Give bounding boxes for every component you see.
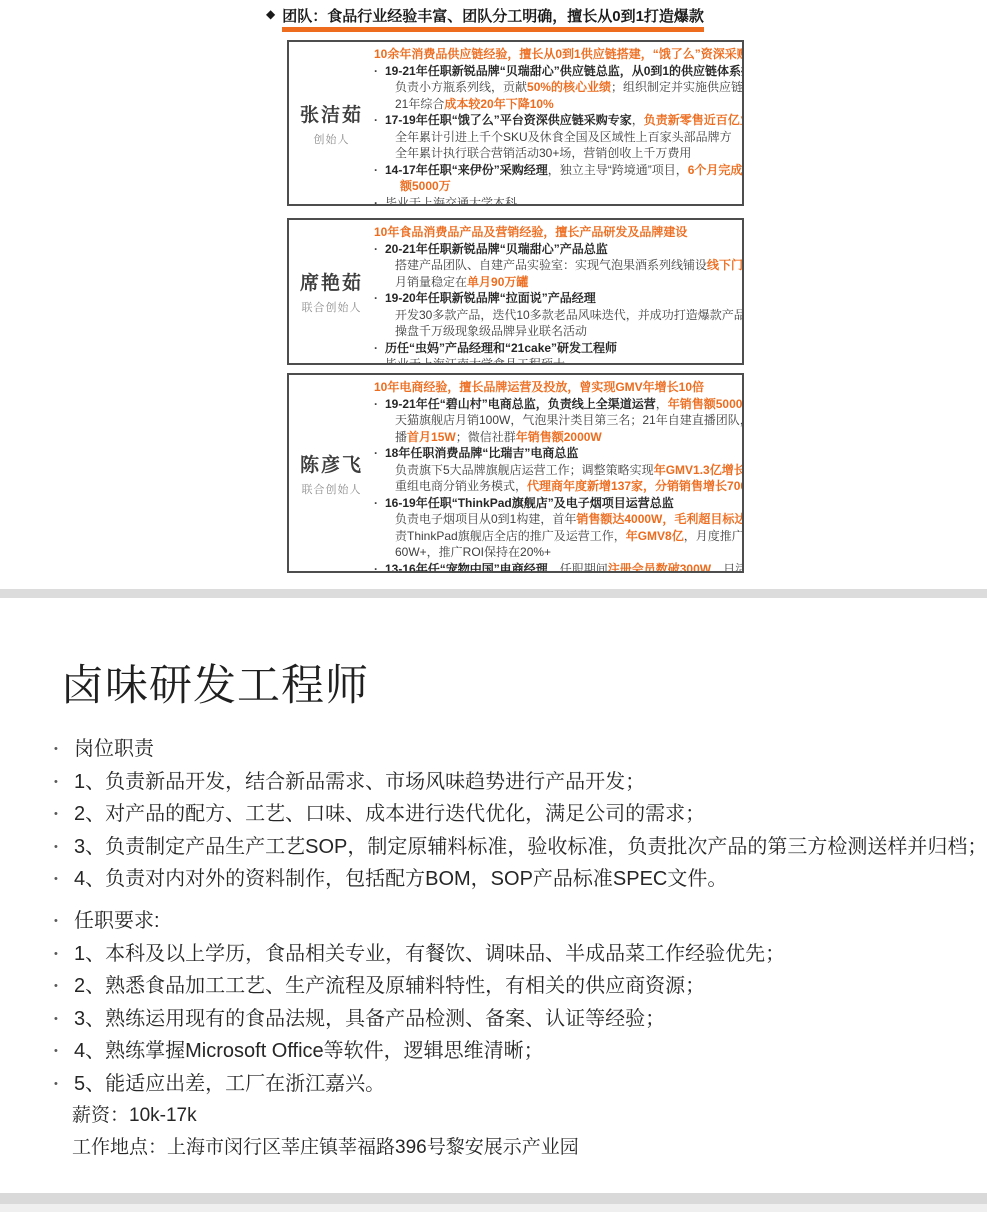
experience-line: ·17-19年任职“饿了么”平台资深供应链采购专家，负责新零售近百亿业务 [374, 112, 744, 129]
experience-text: 19-21年任“碧山村”电商总监，负责线上全渠道运营 [385, 396, 656, 413]
experience-line: ·19-20年任职新锐品牌“拉面说”产品经理 [374, 290, 744, 307]
job-requirements: •任职要求:•1、本科及以上学历，食品相关专业，有餐饮、调味品、半成品菜工作经验… [54, 905, 785, 1100]
experience-text: 天猫旗舰店月销100W，气泡果汁类目第三名；21年自建直播团队，抖音自 [395, 412, 744, 429]
bullet-icon: • [54, 733, 74, 766]
experience-line: 重组电商分销业务模式，代理商年度新增137家，分销销售增长7000W [374, 478, 744, 495]
experience-text: 毕业于上海江南大学食品工程硕士 [385, 356, 565, 365]
bullet-icon: · [374, 356, 385, 365]
experience-text: ；微信社群 [456, 429, 516, 446]
experience-text: ， [632, 112, 644, 129]
experience-text: 单月90万罐 [467, 274, 528, 291]
job-list-item: •4、熟练掌握Microsoft Office等软件，逻辑思维清晰； [54, 1035, 785, 1068]
team-card: 张洁茹 创始人 10余年消费品供应链经验，擅长从0到1供应链搭建，“饿了么”资深… [287, 40, 744, 206]
job-list-item: •3、负责制定产品生产工艺SOP，制定原辅料标准，验收标准，负责批次产品的第三方… [54, 831, 987, 864]
job-list-text: 3、熟练运用现有的食品法规，具备产品检测、备案、认证等经验； [74, 1003, 665, 1036]
job-list-text: 岗位职责 [74, 733, 154, 766]
job-list-item: •4、负责对内对外的资料制作，包括配方BOM，SOP产品标准SPEC文件。 [54, 863, 987, 896]
experience-line: 全年累计执行联合营销活动30+场，营销创收上千万费用 [374, 145, 744, 162]
experience-line: ·16-19年任职“ThinkPad旗舰店”及电子烟项目运营总监 [374, 495, 744, 512]
experience-line: 全年累计引进上千个SKU及休食全国及区域性上百家头部品牌方 [374, 129, 744, 146]
job-list-item: •1、负责新品开发，结合新品需求、市场风味趋势进行产品开发； [54, 766, 987, 799]
experience-line: 责ThinkPad旗舰店全店的推广及运营工作，年GMV8亿，月度推广费用 [374, 528, 744, 545]
experience-line: ·19-21年任职新锐品牌“贝瑞甜心”供应链总监，从0到1的供应链体系搭建 [374, 63, 744, 80]
member-experience: 10年电商经验，擅长品牌运营及投放，曾实现GMV年增长10倍 ·19-21年任“… [374, 375, 744, 571]
job-list-item: •2、熟悉食品加工工艺、生产流程及原辅料特性，有相关的供应商资源； [54, 970, 785, 1003]
bullet-icon: · [374, 63, 385, 80]
team-card: 席艳茹 联合创始人 10年食品消费品产品及营销经验，擅长产品研发及品牌建设 ·2… [287, 218, 744, 365]
experience-line: ·20-21年任职新锐品牌“贝瑞甜心”产品总监 [374, 241, 744, 258]
bullet-icon: · [374, 195, 385, 207]
experience-line: 负责电子烟项目从0到1构建，首年销售额达4000W，毛利超目标达40%；负 [374, 511, 744, 528]
experience-line: 操盘千万级现象级品牌异业联名活动 [374, 323, 744, 340]
job-list-text: 3、负责制定产品生产工艺SOP，制定原辅料标准，验收标准，负责批次产品的第三方检… [74, 831, 987, 864]
member-name: 席艳茹 [300, 268, 363, 295]
location-line: 工作地点：上海市闵行区莘庄镇莘福路396号黎安展示产业园 [72, 1132, 579, 1159]
job-list-text: 1、负责新品开发，结合新品需求、市场风味趋势进行产品开发； [74, 766, 645, 799]
member-role: 创始人 [314, 131, 350, 147]
experience-text: 负责电子烟项目从0到1构建，首年 [395, 511, 576, 528]
experience-text: 开发30多款产品，迭代10多款老品风味迭代，并成功打造爆款产品 [395, 307, 744, 324]
job-list-text: 5、能适应出差，工厂在浙江嘉兴。 [74, 1068, 385, 1101]
team-section-title: ◆ 团队：食品行业经验丰富、团队分工明确，擅长从0到1打造爆款 [266, 5, 704, 32]
experience-line: ·毕业于上海交通大学本科 [374, 195, 744, 207]
bullet-icon: · [374, 162, 385, 179]
experience-line: 60W+，推广ROI保持在20%+ [374, 544, 744, 561]
job-responsibilities: •岗位职责•1、负责新品开发，结合新品需求、市场风味趋势进行产品开发；•2、对产… [54, 733, 987, 896]
experience-text: 20-21年任职新锐品牌“贝瑞甜心”产品总监 [385, 241, 608, 258]
experience-line: 21年综合成本较20年下降10% [374, 96, 744, 113]
experience-text: ，日活10W+ [711, 561, 744, 574]
experience-line: 开发30多款产品，迭代10多款老品风味迭代，并成功打造爆款产品 [374, 307, 744, 324]
experience-text: ，独立主导“跨境通”项目， [548, 162, 688, 179]
section-divider [0, 1204, 987, 1212]
experience-text: 50%的核心业绩 [527, 79, 611, 96]
experience-line: 播首月15W；微信社群年销售额2000W [374, 429, 744, 446]
member-experience: 10年食品消费品产品及营销经验，擅长产品研发及品牌建设 ·20-21年任职新锐品… [374, 220, 744, 363]
experience-line: 月销量稳定在单月90万罐 [374, 274, 744, 291]
experience-text: 16-19年任职“ThinkPad旗舰店”及电子烟项目运营总监 [385, 495, 674, 512]
member-role: 联合创始人 [302, 299, 362, 315]
member-name: 陈彦飞 [300, 450, 363, 477]
bullet-icon: · [374, 290, 385, 307]
experience-line: 负责旗下5大品牌旗舰店运营工作；调整策略实现年GMV1.3亿增长至3.1亿； [374, 462, 744, 479]
bullet-icon: · [374, 495, 385, 512]
experience-text: 操盘千万级现象级品牌异业联名活动 [395, 323, 587, 340]
experience-text: 年销售额5000万元 [668, 396, 744, 413]
experience-text: 负责新零售近百亿业务 [644, 112, 744, 129]
experience-text: 6个月完成销售 [688, 162, 744, 179]
experience-text: 全年累计执行联合营销活动30+场，营销创收上千万费用 [395, 145, 691, 162]
experience-text: ，任职期间 [548, 561, 608, 574]
bullet-icon: · [374, 112, 385, 129]
member-identity: 陈彦飞 联合创始人 [289, 375, 374, 571]
experience-text: 责ThinkPad旗舰店全店的推广及运营工作， [395, 528, 626, 545]
job-list-text: 4、熟练掌握Microsoft Office等软件，逻辑思维清晰； [74, 1035, 544, 1068]
experience-text: 销售额达4000W，毛利超目标达40% [576, 511, 744, 528]
bullet-icon: · [374, 340, 385, 357]
experience-text: 18年任职消费品牌“比瑞吉”电商总监 [385, 445, 578, 462]
salary-label: 薪资： [72, 1105, 129, 1126]
job-list-text: 1、本科及以上学历，食品相关专业，有餐饮、调味品、半成品菜工作经验优先； [74, 938, 785, 971]
page: ◆ 团队：食品行业经验丰富、团队分工明确，擅长从0到1打造爆款 张洁茹 创始人 … [0, 0, 987, 1212]
bullet-icon: • [54, 1003, 74, 1036]
location-label: 工作地点： [72, 1137, 167, 1158]
team-card: 陈彦飞 联合创始人 10年电商经验，擅长品牌运营及投放，曾实现GMV年增长10倍… [287, 373, 744, 573]
experience-lines: ·19-21年任职新锐品牌“贝瑞甜心”供应链总监，从0到1的供应链体系搭建负责小… [374, 63, 744, 207]
location-value: 上海市闵行区莘庄镇莘福路396号黎安展示产业园 [167, 1137, 579, 1158]
experience-text: 毕业于上海交通大学本科 [385, 195, 517, 207]
experience-text: 历任“虫妈”产品经理和“21cake”研发工程师 [385, 340, 617, 357]
experience-text: 60W+，推广ROI保持在20%+ [395, 544, 551, 561]
experience-lines: ·19-21年任“碧山村”电商总监，负责线上全渠道运营，年销售额5000万元天猫… [374, 396, 744, 574]
experience-line: 搭建产品团队、自建产品实验室：实现气泡果酒系列线铺设线下门店上万家， [374, 257, 744, 274]
experience-line: ·毕业于上海江南大学食品工程硕士 [374, 356, 744, 365]
job-title: 卤味研发工程师 [61, 652, 369, 713]
experience-text: ；组织制定并实施供应链战略规划: [611, 79, 744, 96]
bullet-icon: • [54, 831, 74, 864]
job-list-text: 任职要求: [74, 905, 160, 938]
bullet-icon: · [374, 396, 385, 413]
job-list-text: 2、对产品的配方、工艺、口味、成本进行迭代优化，满足公司的需求； [74, 798, 705, 831]
experience-text: 额5000万 [400, 178, 451, 195]
bullet-icon: • [54, 970, 74, 1003]
member-experience: 10余年消费品供应链经验，擅长从0到1供应链搭建，“饿了么”资深采购专家 ·19… [374, 42, 744, 204]
salary-value: 10k-17k [129, 1105, 197, 1126]
bullet-icon: · [374, 561, 385, 574]
experience-line: ·历任“虫妈”产品经理和“21cake”研发工程师 [374, 340, 744, 357]
experience-line: 负责小方瓶系列线，贡献50%的核心业绩；组织制定并实施供应链战略规划: [374, 79, 744, 96]
experience-text: 注册会员数破300W [608, 561, 711, 574]
member-role: 联合创始人 [302, 481, 362, 497]
bullet-icon: • [54, 938, 74, 971]
experience-text: 年销售额2000W [516, 429, 602, 446]
diamond-icon: ◆ [266, 7, 275, 21]
experience-text: 17-19年任职“饿了么”平台资深供应链采购专家 [385, 112, 632, 129]
experience-text: ，月度推广费用 [684, 528, 744, 545]
member-identity: 席艳茹 联合创始人 [289, 220, 374, 363]
experience-lines: ·20-21年任职新锐品牌“贝瑞甜心”产品总监搭建产品团队、自建产品实验室：实现… [374, 241, 744, 366]
experience-text: 年GMV8亿 [626, 528, 684, 545]
bullet-icon: • [54, 863, 74, 896]
bullet-icon: • [54, 798, 74, 831]
experience-line: ·19-21年任“碧山村”电商总监，负责线上全渠道运营，年销售额5000万元 [374, 396, 744, 413]
bullet-icon: • [54, 1035, 74, 1068]
experience-text: 全年累计引进上千个SKU及休食全国及区域性上百家头部品牌方 [395, 129, 732, 146]
member-summary: 10年电商经验，擅长品牌运营及投放，曾实现GMV年增长10倍 [374, 379, 744, 396]
experience-text: 重组电商分销业务模式， [395, 478, 527, 495]
experience-text: 21年综合 [395, 96, 444, 113]
experience-text: 年GMV1.3亿增长至3.1亿 [654, 462, 744, 479]
section-divider [0, 589, 987, 598]
bullet-icon: • [54, 766, 74, 799]
experience-text: 19-21年任职新锐品牌“贝瑞甜心”供应链总监，从0到1的供应链体系搭建 [385, 63, 744, 80]
experience-text: ， [656, 396, 668, 413]
experience-text: 搭建产品团队、自建产品实验室：实现气泡果酒系列线铺设 [395, 257, 707, 274]
job-list-item: •2、对产品的配方、工艺、口味、成本进行迭代优化，满足公司的需求； [54, 798, 987, 831]
experience-text: 14-17年任职“来伊份”采购经理 [385, 162, 548, 179]
experience-text: 播 [395, 429, 407, 446]
bullet-icon: • [54, 905, 74, 938]
experience-text: 代理商年度新增137家，分销销售增长7000W [527, 478, 744, 495]
job-list-text: 4、负责对内对外的资料制作，包括配方BOM，SOP产品标准SPEC文件。 [74, 863, 727, 896]
experience-text: 首月15W [407, 429, 456, 446]
experience-line: ·18年任职消费品牌“比瑞吉”电商总监 [374, 445, 744, 462]
experience-text: 月销量稳定在 [395, 274, 467, 291]
experience-text: 线下门店上万家 [707, 257, 744, 274]
member-identity: 张洁茹 创始人 [289, 42, 374, 204]
section-divider [0, 1193, 987, 1204]
experience-line: ·13-16年任“宠物中国”电商经理，任职期间注册会员数破300W，日活10W+ [374, 561, 744, 574]
experience-line: ·14-17年任职“来伊份”采购经理，独立主导“跨境通”项目，6个月完成销售 [374, 162, 744, 179]
job-list-item: •任职要求: [54, 905, 785, 938]
experience-text: 13-16年任“宠物中国”电商经理 [385, 561, 548, 574]
job-list-item: •1、本科及以上学历，食品相关专业，有餐饮、调味品、半成品菜工作经验优先； [54, 938, 785, 971]
experience-line: 天猫旗舰店月销100W，气泡果汁类目第三名；21年自建直播团队，抖音自 [374, 412, 744, 429]
job-list-item: •5、能适应出差，工厂在浙江嘉兴。 [54, 1068, 785, 1101]
experience-text: 负责小方瓶系列线，贡献 [395, 79, 527, 96]
team-section-title-text: 团队：食品行业经验丰富、团队分工明确，擅长从0到1打造爆款 [282, 5, 704, 32]
experience-text: 负责旗下5大品牌旗舰店运营工作；调整策略实现 [395, 462, 654, 479]
member-name: 张洁茹 [300, 100, 363, 127]
job-list-text: 2、熟悉食品加工工艺、生产流程及原辅料特性，有相关的供应商资源； [74, 970, 705, 1003]
bullet-icon: • [54, 1068, 74, 1101]
experience-text: 成本较20年下降10% [444, 96, 553, 113]
job-list-item: •3、熟练运用现有的食品法规，具备产品检测、备案、认证等经验； [54, 1003, 785, 1036]
bullet-icon: · [374, 445, 385, 462]
member-summary: 10余年消费品供应链经验，擅长从0到1供应链搭建，“饿了么”资深采购专家 [374, 46, 744, 63]
salary-line: 薪资：10k-17k [72, 1100, 197, 1127]
bullet-icon: · [374, 241, 385, 258]
experience-line: 额5000万 [374, 178, 744, 195]
experience-text: 19-20年任职新锐品牌“拉面说”产品经理 [385, 290, 596, 307]
job-list-item: •岗位职责 [54, 733, 987, 766]
member-summary: 10年食品消费品产品及营销经验，擅长产品研发及品牌建设 [374, 224, 744, 241]
